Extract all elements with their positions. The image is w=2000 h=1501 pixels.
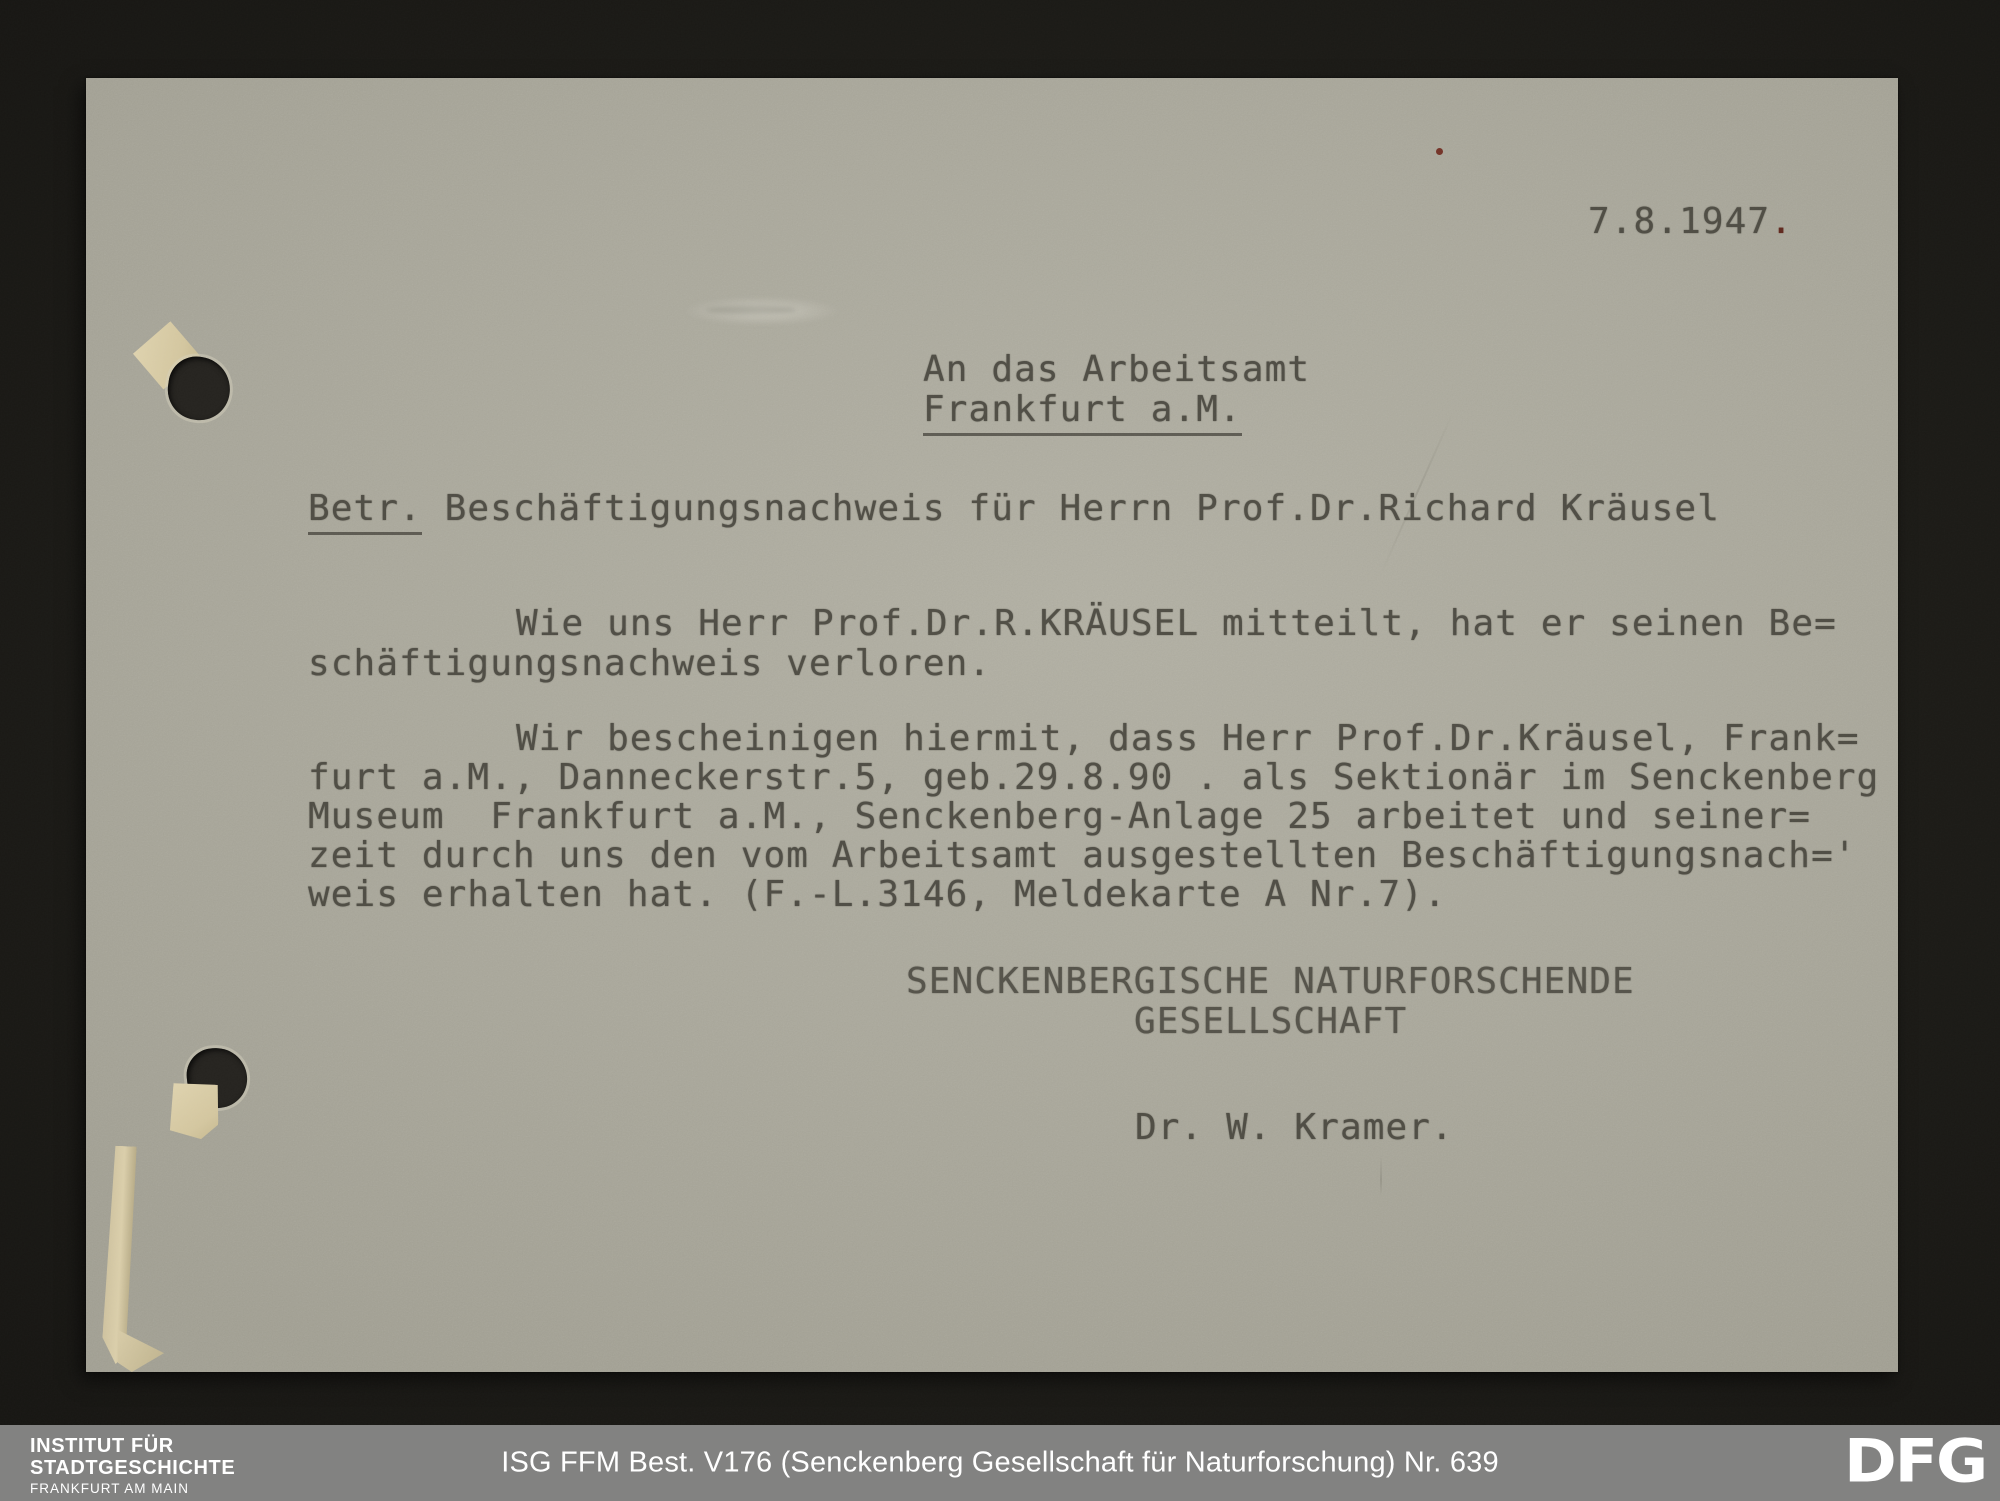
subject-line: Betr. Beschäftigungsnachweis für Herrn P… (308, 489, 1720, 529)
recipient-line-1: An das Arbeitsamt (923, 350, 1310, 390)
ink-speck (1436, 148, 1443, 155)
repair-tape-patch (166, 1079, 223, 1141)
date-period: . (1770, 201, 1793, 242)
signature-name: Dr. W. Kramer. (1135, 1108, 1454, 1148)
organization-name-line-1: SENCKENBERGISCHE NATURFORSCHENDE (906, 962, 1635, 1002)
archive-reference: ISG FFM Best. V176 (Senckenberg Gesellsc… (501, 1447, 1499, 1480)
dfg-logo: DFG (1844, 1427, 1986, 1497)
letter-page: 7.8.1947. An das Arbeitsamt Frankfurt a.… (86, 78, 1898, 1372)
subject-text: Beschäftigungsnachweis für Herrn Prof.Dr… (422, 488, 1720, 529)
paragraph-2-line-3: Museum Frankfurt a.M., Senckenberg-Anlag… (308, 797, 1811, 837)
paragraph-1-line-1: Wie uns Herr Prof.Dr.R.KRÄUSEL mitteilt,… (516, 604, 1837, 644)
isg-logo-line-3: FRANKFURT AM MAIN (30, 1480, 235, 1498)
isg-logo-line-1: INSTITUT FÜR (30, 1435, 235, 1457)
recipient-line-2: Frankfurt a.M. (923, 390, 1242, 430)
paragraph-2-line-4: zeit durch uns den vom Arbeitsamt ausges… (308, 836, 1857, 876)
letter-date: 7.8.1947. (1588, 202, 1793, 242)
paragraph-2-line-1: Wir bescheinigen hiermit, dass Herr Prof… (516, 719, 1860, 759)
date-text: 7.8.1947 (1588, 201, 1770, 242)
archive-footer-bar: INSTITUT FÜR STADTGESCHICHTE FRANKFURT A… (0, 1425, 2000, 1501)
isg-logo-line-2: STADTGESCHICHTE (30, 1457, 235, 1479)
erasure-smudge-mark (706, 306, 796, 314)
recipient-city: Frankfurt a.M. (923, 389, 1242, 436)
scan-canvas: 7.8.1947. An das Arbeitsamt Frankfurt a.… (0, 0, 2000, 1501)
paragraph-1-line-2: schäftigungsnachweis verloren. (308, 644, 991, 684)
corner-fold (118, 1330, 164, 1372)
subject-label: Betr. (308, 488, 422, 535)
paragraph-2-line-5: weis erhalten hat. (F.-L.3146, Meldekart… (308, 875, 1447, 915)
paper-crease (1380, 1156, 1382, 1196)
paragraph-2-line-2: furt a.M., Danneckerstr.5, geb.29.8.90 .… (308, 758, 1879, 798)
organization-name-line-2: GESELLSCHAFT (1134, 1002, 1407, 1042)
isg-logo: INSTITUT FÜR STADTGESCHICHTE FRANKFURT A… (30, 1435, 235, 1498)
